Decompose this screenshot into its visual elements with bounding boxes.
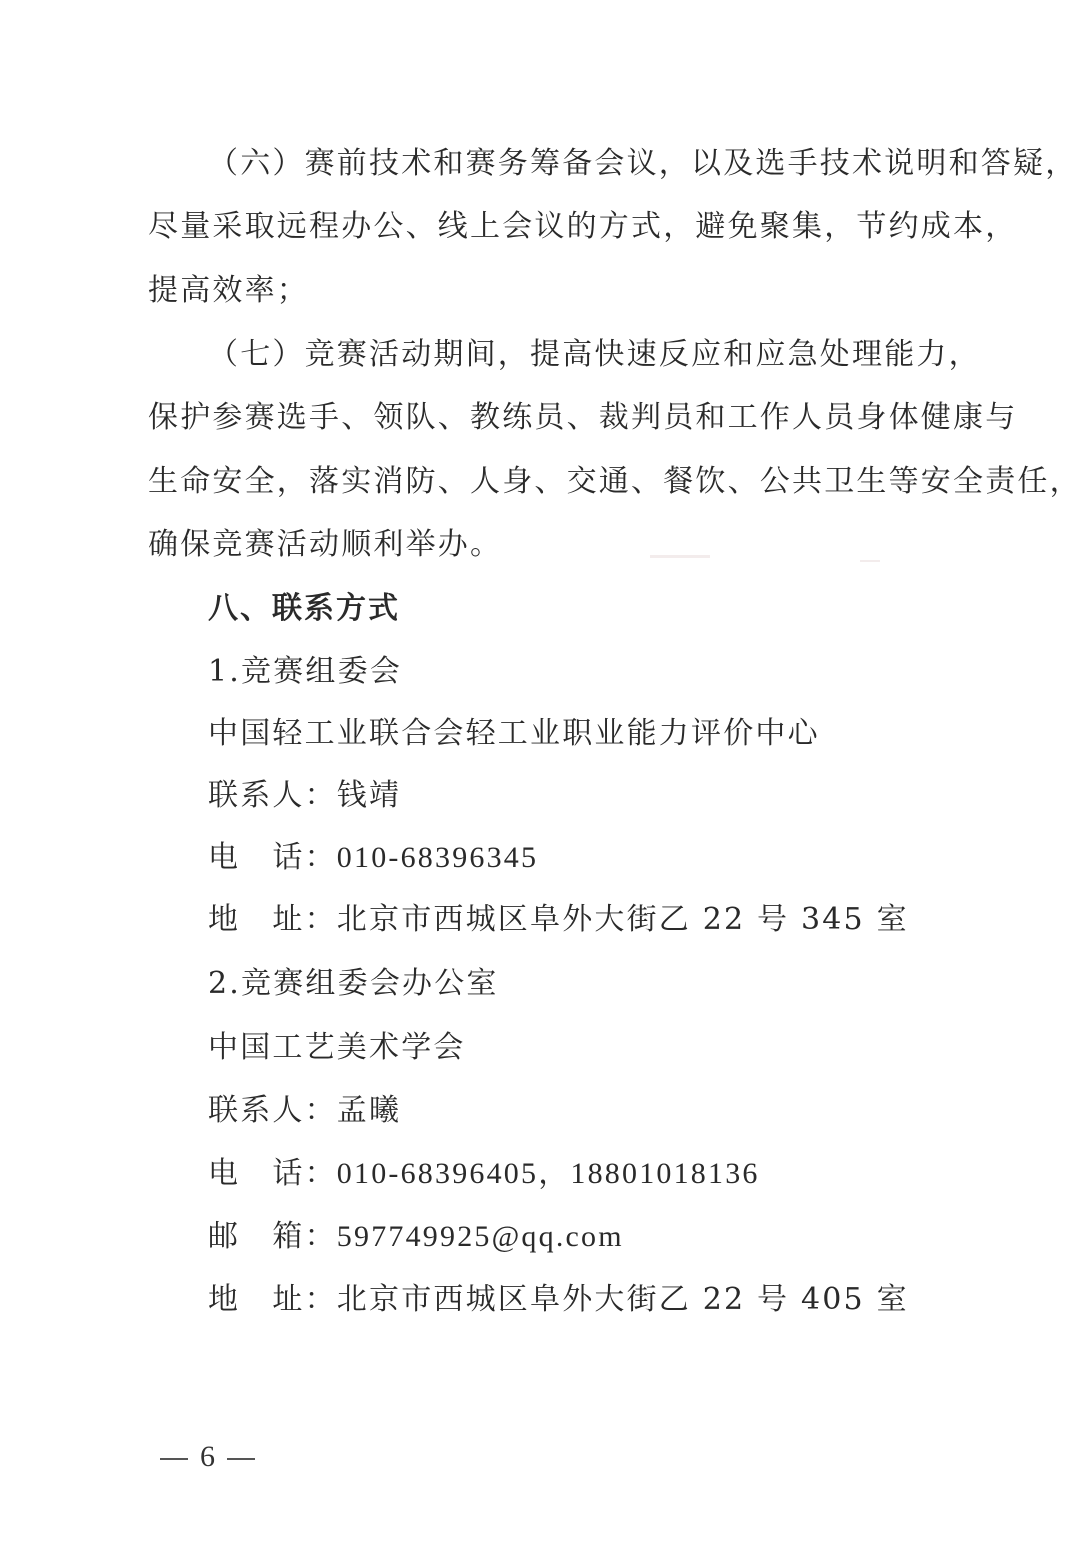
contact-2-address: 地 址：北京市西城区阜外大街乙 22 号 405 室 <box>208 1282 909 1318</box>
contact-2-person: 联系人：孟曦 <box>208 1093 401 1129</box>
contact-2-email: 邮 箱：597749925@qq.com <box>208 1219 624 1255</box>
contact-2-org: 中国工艺美术学会 <box>208 1030 466 1066</box>
paragraph-7-line-1: （七）竞赛活动期间，提高快速反应和应急处理能力， <box>208 337 981 373</box>
contact-1-title: 1.竞赛组委会 <box>208 654 402 690</box>
scan-artifact <box>650 555 710 558</box>
contact-2-phone: 电 话：010-68396405，18801018136 <box>208 1156 760 1192</box>
contact-1-address: 地 址：北京市西城区阜外大街乙 22 号 345 室 <box>208 902 909 938</box>
dash-right <box>227 1458 255 1460</box>
scan-artifact <box>860 560 880 562</box>
page-number: 6 <box>148 1440 267 1474</box>
page-number-value: 6 <box>200 1440 215 1473</box>
paragraph-7-line-4: 确保竞赛活动顺利举办。 <box>148 527 502 563</box>
paragraph-7-line-2: 保护参赛选手、领队、教练员、裁判员和工作人员身体健康与 <box>148 400 1017 436</box>
contact-1-person: 联系人：钱靖 <box>208 778 401 814</box>
paragraph-7-line-3: 生命安全，落实消防、人身、交通、餐饮、公共卫生等安全责任， <box>148 464 1080 500</box>
paragraph-6-line-3: 提高效率； <box>148 273 309 309</box>
contact-2-title: 2.竞赛组委会办公室 <box>208 966 499 1002</box>
contact-1-phone: 电 话：010-68396345 <box>208 840 538 876</box>
paragraph-6-line-2: 尽量采取远程办公、线上会议的方式，避免聚集，节约成本， <box>148 209 1017 245</box>
dash-left <box>160 1458 188 1460</box>
paragraph-6-line-1: （六）赛前技术和赛务筹备会议，以及选手技术说明和答疑， <box>208 146 1077 182</box>
contact-1-org: 中国轻工业联合会轻工业职业能力评价中心 <box>208 716 820 752</box>
section-heading-contact: 八、联系方式 <box>208 591 400 627</box>
